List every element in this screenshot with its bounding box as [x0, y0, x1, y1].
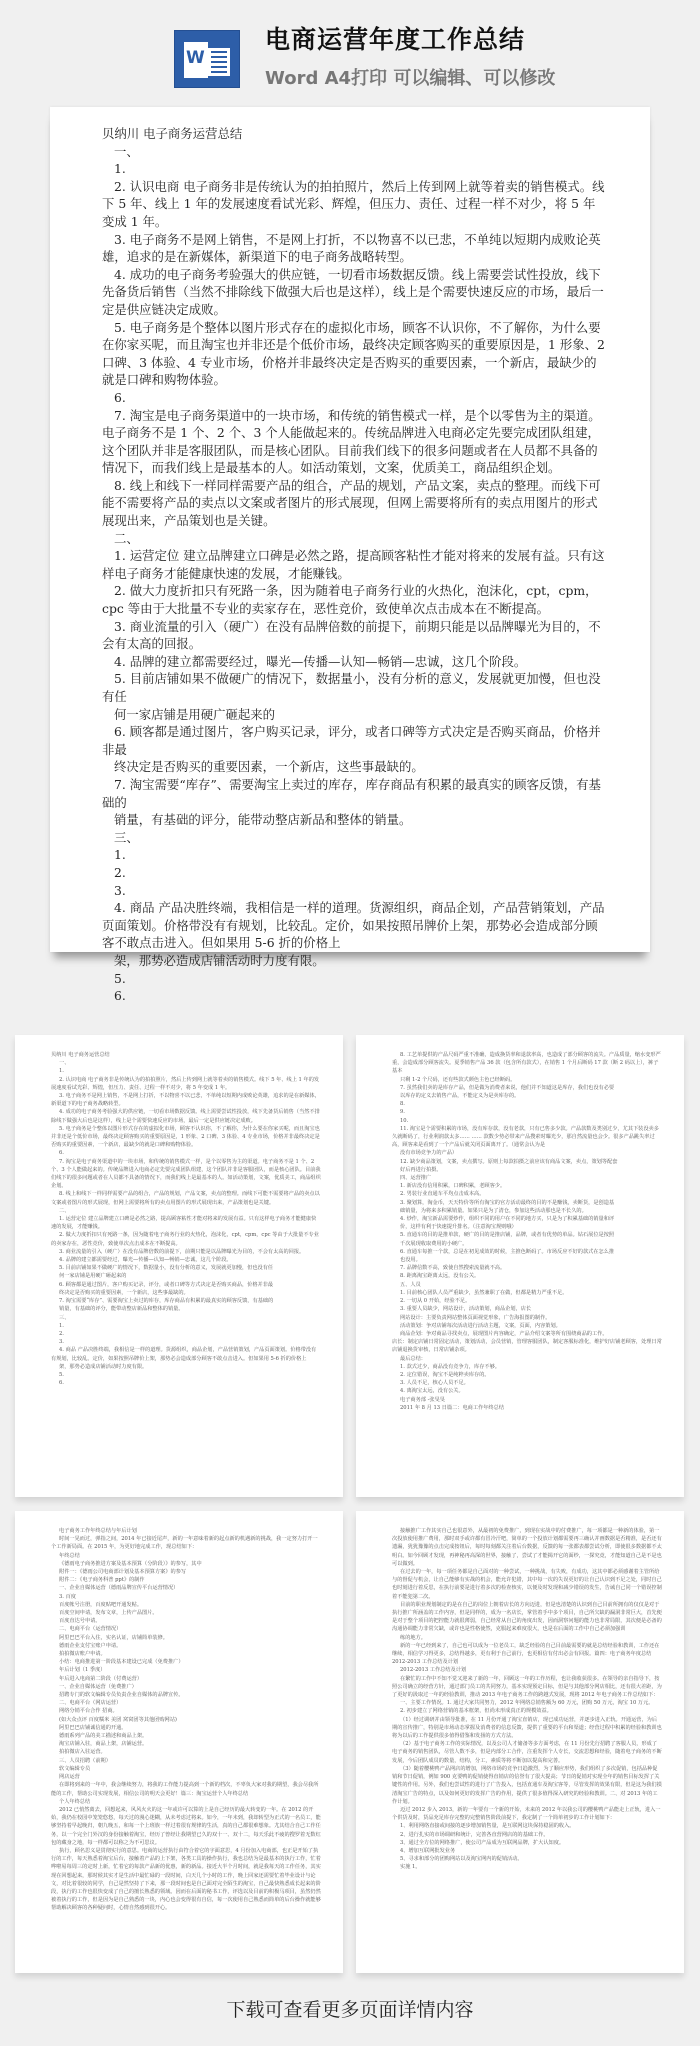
paragraph: 5、寻求和部分的团购网站以及淘宝网内的促销活动。 — [392, 1855, 662, 1863]
paragraph: 二、电商平台（网店运营） — [51, 1699, 321, 1707]
paragraph: 价，这样有利于快速提升排名。（注意淘宝规则哦） — [392, 1223, 662, 1231]
paragraph: 5. — [102, 970, 605, 988]
main-document-preview: 贝纳川 电子商务运营总结一、1.2. 认识电商 电子商务非是传统认为的拍拍照片，… — [50, 107, 650, 952]
paragraph: 5. 目前店铺如果不做硬广的情况下，数据量小，没有分析的意义，发展就更加慢，但也… — [102, 670, 605, 705]
paragraph: 五、人员 — [392, 1281, 662, 1289]
paragraph: 3. 电子商务不是网上销售，不是网上打折，不以物喜不以已悲，不单纯以短期内成败论… — [51, 1092, 321, 1108]
paragraph: 《德雨电子商务推进方案及基本预算（分阶段）》的参写，其中 — [51, 1560, 321, 1568]
paragraph: 一、主要工作情况。1. 通过大家共同努力，2012 年网络总销售额为 60 万元… — [392, 1699, 662, 1707]
paragraph: 终决定是否购买的重要因素，一个新店，这些事最缺的。 — [102, 758, 605, 776]
paragraph: （3）随着樱桃鸭产品网店的增加，网络市场的竞争日趋激烈，为了顺应形势，我们组织了… — [392, 1765, 662, 1806]
paragraph: 4、增加互联网批发业务 — [392, 1847, 662, 1855]
header-banner: W 电商运营年度工作总结 Word A4打印 可以编辑、可以修改 — [0, 0, 700, 100]
paragraph: 3. 重要人员缺少，网站设计，活动策划，商品企划，店长 — [392, 1305, 662, 1313]
thumbnail-text: 贝纳川 电子商务运营总结一、1.2. 认识电商 电子商务非是传统认为的拍拍照片，… — [51, 1051, 321, 1387]
paragraph: 只剩 1-2 个尺码，还有些款式颜色主色已经断码。 — [392, 1076, 662, 1084]
paragraph: 阿里巴巴店铺诚信通的开通。 — [51, 1724, 321, 1732]
paragraph: 何一家店铺是用硬广砸起来的 — [102, 706, 605, 724]
paragraph: 3、通过全方位的网络推广，使公司产品成为互联网品牌，扩大认知度。 — [392, 1839, 662, 1847]
paragraph: 软文编辑专员 — [51, 1765, 321, 1773]
paragraph: 11. 淘宝是个需要积累的市场，没有库存款，没有老款，只有已售多少款。产品款数及… — [392, 1125, 662, 1150]
paragraph: 贝纳川 电子商务运营总结 — [102, 125, 605, 143]
paragraph: 百度帐号注册，百度贴吧开通发帖。 — [51, 1601, 321, 1609]
page-thumbnail-1[interactable]: 贝纳川 电子商务运营总结一、1.2. 认识电商 电子商务非是传统认为的拍拍照片，… — [15, 1035, 343, 1497]
paragraph: 三、 — [102, 829, 605, 847]
paragraph: 8. 距离淘宝距离太远，没有公关。 — [392, 1272, 662, 1280]
paragraph: 6. — [51, 1149, 321, 1157]
paragraph: 网店运营 — [51, 1773, 321, 1781]
paragraph: 在即将到来的一年中，我会继续努力，将我的工作能力提高到一个新的档次，不辜负大家对… — [51, 1781, 321, 1797]
paragraph: 6. — [102, 389, 605, 407]
paragraph: 实施 1。 — [392, 1863, 662, 1871]
paragraph: 1、利用网络直接或间接的逐步增加销售量，是互联网这块保持稳固的收入。 — [392, 1822, 662, 1830]
paragraph: 电子商务部 -张旻旻 — [392, 1396, 662, 1404]
paragraph: 3. — [102, 882, 605, 900]
paragraph: 附件一：《德雨公司电商部计划及基本预算方案》的参写 — [51, 1568, 321, 1576]
paragraph: 8. 线上和线下一样同样需要产品的组合，产品的规划，产品文案，卖点的整理。而线下… — [102, 477, 605, 530]
page-thumbnail-4[interactable]: 接触推广工作其实自己也很意外，从最初的免费推广，到现在实战中的付费推广，每一项都… — [356, 1511, 684, 1973]
paragraph: 4. 成功的电子商务考验强大的供应链，一切看市场数据反馈。线上需要尝试性投放，线… — [51, 1108, 321, 1124]
paragraph: 1. — [102, 160, 605, 178]
paragraph: 4. 成功的电子商务考验强大的供应链，一切看市场数据反馈。线上需要尝试性投放，线… — [102, 266, 605, 319]
paragraph: 一、 — [102, 143, 605, 161]
paragraph: 二、 — [51, 1207, 321, 1215]
paragraph: 新的一年已经到来了，自己也可以成为一位老员工，缺乏经验的自己目前最需要的就是总结… — [392, 1642, 662, 1667]
paragraph: 网络分销平台合作 招商。 — [51, 1707, 321, 1715]
paragraph: 2. 初步建立了网络营销的基本框架，但尚未形成真正的规模效益。 — [392, 1707, 662, 1715]
paragraph: 时间一晃而过，弹指之间，2014 年已接近尾声，新的一年意味着新的起点新的机遇新… — [51, 1535, 321, 1551]
paragraph: 7. 淘宝需要“库存”、需要淘宝上卖过的库存，库存商品有积累的最真实的顾客反馈，… — [102, 776, 605, 811]
paragraph: 3. 人员不足，核心人员不足。 — [392, 1379, 662, 1387]
page-thumbnail-2[interactable]: 8. 工艺单提供的产品尺码严重不准确，造成换货率和退款率高，也造成了部分顾客的流… — [356, 1035, 684, 1497]
paragraph: 3. 电子商务不是网上销售，不是网上打折，不以物喜不以已悲，不单纯以短期内成败论… — [102, 231, 605, 266]
paragraph: 2、进行扎实的市场调研和统计，完善各直营网店的的基础工作。 — [392, 1831, 662, 1839]
download-more-link[interactable]: 下载可查看更多页面详情内容 — [0, 1995, 700, 2022]
paragraph: 销量，有基础的评分，能带动整店新品和整体的销量。 — [102, 811, 605, 829]
paragraph: 2. — [51, 1330, 321, 1338]
word-letter: W — [186, 48, 205, 68]
paragraph: 终决定是否购买的重要因素，一个新店，这些事最缺的。 — [51, 1289, 321, 1297]
paragraph: 4. 商品 产品决胜终端，我相信是一样的道理。货源组织，商品企划，产品营销策划，… — [51, 1346, 321, 1362]
paragraph: 7. 淘宝是电子商务渠道中的一块市场，和传统的销售模式一样，是个以零售为主的渠道… — [102, 407, 605, 477]
paragraph: 5. 电子商务是个整体以图片形式存在的虚拟化市场，顾客不认识你，不了解你，为什么… — [102, 319, 605, 389]
paragraph: 1. — [102, 846, 605, 864]
paragraph: 三、人员招聘（前期） — [51, 1757, 321, 1765]
paragraph: 练的地方。 — [392, 1634, 662, 1642]
paragraph: 小结：电商推进第一阶段基本建设已完成（免费推广） — [51, 1658, 321, 1666]
paragraph: 二、 — [102, 530, 605, 548]
paragraph: 1. 目前核心团队人员严重缺少，虽然兼职了在做，但都是精力严重不足。 — [392, 1289, 662, 1297]
paragraph: 5. 目前店铺如果不做硬广的情况下，数据量小，没有分析的意义，发展就更加慢，但也… — [51, 1264, 321, 1272]
paragraph: 础销量，为将来多积累销量。如果只是为了清仓，参加这些活动那也是不长久的。 — [392, 1207, 662, 1215]
paragraph: 6. 顾客都是通过图片，客户购买记录，评分，或者口碑等方式决定是否购买商品，价格… — [51, 1281, 321, 1289]
paragraph: 2. — [102, 864, 605, 882]
paragraph: 2012 已悄然离去，回想起来，风风火火的这一年或许可以算的上是自己经历的最大转… — [51, 1806, 321, 1847]
thumbnail-text: 电子商务工作年终总结与年后计划时间一晃而过，弹指之间，2014 年已接近尾声，新… — [51, 1527, 321, 1913]
paragraph: 4. 商品 产品决胜终端，我相信是一样的道理。货源组织，商品企划，产品营销策划，… — [102, 899, 605, 952]
paragraph: 8. 工艺单提供的产品尺码严重不准确，造成换货率和退款率高，也造成了部分顾客的流… — [392, 1051, 662, 1076]
paragraph: 拍拍微店入驻运营。 — [51, 1748, 321, 1756]
paragraph: 一、企业自媒体运营（德雨品牌宣传平台运营情况） — [51, 1584, 321, 1592]
paragraph: 年后计划（1 季度） — [51, 1666, 321, 1674]
paragraph: 活动策划：争对店铺每次活动进行活动主题，文案，页面，内容策划。 — [392, 1322, 662, 1330]
paragraph: 二、电商平台（运营情况） — [51, 1625, 321, 1633]
paragraph: 没有市场竞争力的产品） — [392, 1149, 662, 1157]
paragraph: 7. 淘宝是电子商务渠道中的一块市场，和传统的销售模式一样，是个以零售为主的渠道… — [51, 1158, 321, 1191]
paragraph: 1. 新店没有信用积累，口碑积累，老顾客少。 — [392, 1182, 662, 1190]
paragraph: 6. — [102, 987, 605, 1005]
paragraph: 7. 淘宝需要“库存”、需要淘宝上卖过的库存，库存商品有积累的最真实的顾客反馈，… — [51, 1297, 321, 1305]
word-document-icon: W — [174, 30, 240, 88]
paragraph: 网站设计：主要负责网站整体页面视觉形象，广告海报图的制作。 — [392, 1314, 662, 1322]
paragraph: (如大众点评 百度糯米 美团 窝窝团等其他团购网站) — [51, 1716, 321, 1724]
paragraph: 8. 线上和线下一样同样需要产品的组合，产品的规划，产品文案，卖点的整理。而线下… — [51, 1190, 321, 1206]
paragraph: 2. 男装行业直通车平均点击成本高。 — [392, 1190, 662, 1198]
paragraph: 年后进入电商第二阶段（付费运营） — [51, 1675, 321, 1683]
paragraph: 12. 缺少商品策划，文案，卖点撰写。原则上每款拍摄之前应该有商品文案，卖点，策… — [392, 1158, 662, 1166]
paragraph: 也没用。 — [392, 1256, 662, 1264]
paragraph: 附件二：《电子商务科普 ppt》的制作 — [51, 1576, 321, 1584]
paragraph: 5. 直通车的目的是推单款，硬广的目的是推店铺，品牌，或者有优势的单品。钻石展位… — [392, 1231, 662, 1239]
paragraph: 在繁忙的工作中不知不觉又迎来了新的一年，回顾这一年的工作历程，也让我收获很多。在… — [392, 1675, 662, 1700]
paragraph: 2011 年 8 月 13 日篇二：电商工作年终总结 — [392, 1404, 662, 1412]
paragraph: 1. — [51, 1322, 321, 1330]
text-lines-icon — [208, 48, 230, 76]
paragraph: 在过去的一年，每一项任务都是自己面对的一种尝试，一种挑战，有失败，有成功，这其中… — [392, 1568, 662, 1601]
document-body: 贝纳川 电子商务运营总结一、1.2. 认识电商 电子商务非是传统认为的拍拍照片，… — [102, 125, 605, 1005]
paragraph: 2. 一切从 0 开始，经验不足。 — [392, 1297, 662, 1305]
paragraph: 1. 款式过少，商品没有竞争力，库存不够。 — [392, 1363, 662, 1371]
paragraph: 1. 运营定位 建立品牌建立口碑是必然之路，提高顾客粘性才能对将来的发展有益。只… — [102, 547, 605, 582]
paragraph: 3. 百度 — [51, 1593, 321, 1601]
paragraph: 3. 聚划算，淘金币，天天特价等所有淘宝的官方活动最终的目的不是赚钱，卖断货，是… — [392, 1199, 662, 1207]
paragraph: 2. 做大力度折扣只有死路一条，因为随着电子商务行业的火热化，泡沫化，cpt，c… — [51, 1231, 321, 1247]
paragraph: 个人年终总结 — [51, 1798, 321, 1806]
paragraph: 6. — [51, 1379, 321, 1387]
paragraph: 淘宝店铺入驻，商品上架，店铺运营。 — [51, 1740, 321, 1748]
paragraph: 3. 商业流量的引入（硬广）在没有品牌倍数的前提下，前期只能是以品牌曝光为目的，… — [102, 618, 605, 653]
paragraph: 1. 运营定位 建立品牌建立口碑是必然之路，提高顾客粘性才能对将来的发展有益。只… — [51, 1215, 321, 1231]
paragraph: 百度直达号申请。 — [51, 1617, 321, 1625]
paragraph: 架，那势必造成店铺活动时力度有限。 — [51, 1363, 321, 1371]
paragraph: 5. — [51, 1371, 321, 1379]
paragraph: 招聘专门的软文编辑专员负责企业自媒体的品牌宣传。 — [51, 1691, 321, 1699]
paragraph: 三、 — [51, 1314, 321, 1322]
paragraph: 接触推广工作其实自己也很意外，从最初的免费推广，到现在实战中的付费推广，每一项都… — [392, 1527, 662, 1568]
paragraph: 德雨系列产品的美工描述和商品上架。 — [51, 1732, 321, 1740]
paragraph: 以库存的定义去销售产品，不能定义为是卖库存的。 — [392, 1092, 662, 1100]
paragraph: 6. 顾客都是通过图片，客户购买记录，评分，或者口碑等方式决定是否购买商品，价格… — [102, 723, 605, 758]
paragraph: 10. — [392, 1117, 662, 1125]
paragraph: 架，那势必造成店铺活动时力度有限。 — [102, 952, 605, 970]
paragraph: 一、企业自媒体运营（免费推广） — [51, 1683, 321, 1691]
paragraph: 阿里巴巴平台入住，实名认证，店铺简单装修。 — [51, 1634, 321, 1642]
paragraph: 销量，有基础的评分，能带动整店新品和整体的销量。 — [51, 1305, 321, 1313]
paragraph: 执行，顾名思义是贯彻实行的意思。电商的运营执行由符合着它的字面意思，4 月份加入… — [51, 1847, 321, 1913]
paragraph: 4. 离淘宝太远，没有公关。 — [392, 1387, 662, 1395]
paragraph: 迈过 2012 步入 2013，新的一年要有一个新的开始，未来的 2012 年以… — [392, 1806, 662, 1822]
thumbnail-text: 8. 工艺单提供的产品尺码严重不准确，造成换货率和退款率高，也造成了部分顾客的流… — [392, 1051, 662, 1412]
paragraph: 四、运营推广 — [392, 1174, 662, 1182]
paragraph: 店长：制定店铺日常固定活动，策划活动，会员营销，管理客服团队，制定客服标准化，维… — [392, 1338, 662, 1354]
paragraph: 好后再进行拍摄。 — [392, 1166, 662, 1174]
paragraph: 目前的职业规划制定的是在自己的岗位上朝着店长的方向迈进，但是也清楚的认识到自己目… — [392, 1601, 662, 1634]
paragraph: 9. — [392, 1108, 662, 1116]
paragraph: 德雨企业支付宝账户申请。 — [51, 1642, 321, 1650]
paragraph: 商品企划：争对商品寻找卖点，展现图片内容确定，产品介绍文案等所有围绕商品的工作。 — [392, 1330, 662, 1338]
page-title: 电商运营年度工作总结 — [265, 20, 525, 56]
paragraph: 7. 品牌信数不高，致使自然搜索流量就不高。 — [392, 1264, 662, 1272]
paragraph: 3. — [51, 1338, 321, 1346]
paragraph: 2. 认识电商 电子商务非是传统认为的拍拍照片，然后上传到网上就等着卖的销售模式… — [51, 1076, 321, 1092]
paragraph: （2）基于电子商务工作的实际情况，以及公司人才储备等多方面考虑，在 11 月份先… — [392, 1740, 662, 1765]
paragraph: 百度空间申请，发布文章，上传产品图片。 — [51, 1609, 321, 1617]
paragraph: 一、 — [51, 1059, 321, 1067]
paragraph: 1. — [51, 1067, 321, 1075]
paragraph: 最后总结： — [392, 1355, 662, 1363]
paragraph: 6. 直通车每推一个款，总是在初见成效的时候，主推色断码了。市场反应不好的款式在… — [392, 1248, 662, 1256]
paragraph: 千次展现收取费用的小硬广。 — [392, 1240, 662, 1248]
page-thumbnail-3[interactable]: 电子商务工作年终总结与年后计划时间一晃而过，弹指之间，2014 年已接近尾声，新… — [15, 1511, 343, 1973]
paragraph: 拍拍微店账户申请。 — [51, 1650, 321, 1658]
paragraph: 2012-2013 工作总结及计划 — [392, 1666, 662, 1674]
paragraph: 7. 虽然我们卖的是库存产品，但是做为消费者来说，他们并不知道这是库存，我们也没… — [392, 1084, 662, 1092]
paragraph: 5. 电子商务是个整体以图片形式存在的虚拟化市场，顾客不认识你，不了解你，为什么… — [51, 1125, 321, 1150]
paragraph: 2. 定位错误，淘宝不是纯粹卖库存的。 — [392, 1371, 662, 1379]
paragraph: 2. 做大力度折扣只有死路一条，因为随着电子商务行业的火热化，泡沫化，cpt，c… — [102, 582, 605, 617]
paragraph: 4. 品牌的建立都需要经过，曝光—传播—认知—畅销—忠诚，这几个阶段。 — [51, 1256, 321, 1264]
paragraph: 贝纳川 电子商务运营总结 — [51, 1051, 321, 1059]
paragraph: 年终总结 — [51, 1552, 321, 1560]
paragraph: 4. 品牌的建立都需要经过，曝光—传播—认知—畅销—忠诚，这几个阶段。 — [102, 653, 605, 671]
paragraph: 3. 商业流量的引入（硬广）在没有品牌倍数的前提下，前期只能是以品牌曝光为目的，… — [51, 1248, 321, 1256]
thumbnail-text: 接触推广工作其实自己也很意外，从最初的免费推广，到现在实战中的付费推广，每一项都… — [392, 1527, 662, 1872]
paragraph: （1）经过调研并由领导批准，在 11 月份开通了淘宝直销店，现已成功运营，并逐步… — [392, 1716, 662, 1741]
paragraph: 4. 炒作，淘宝新品需要炒作，组织不同的用户在不同的地方买，只是为了积累基础的销… — [392, 1215, 662, 1223]
paragraph: 电子商务工作年终总结与年后计划 — [51, 1527, 321, 1535]
page-subtitle: Word A4打印 可以编辑、可以修改 — [265, 64, 555, 90]
paragraph: 2. 认识电商 电子商务非是传统认为的拍拍照片，然后上传到网上就等着卖的销售模式… — [102, 178, 605, 231]
paragraph: 8. — [392, 1100, 662, 1108]
paragraph: 何一家店铺是用硬广砸起来的 — [51, 1272, 321, 1280]
